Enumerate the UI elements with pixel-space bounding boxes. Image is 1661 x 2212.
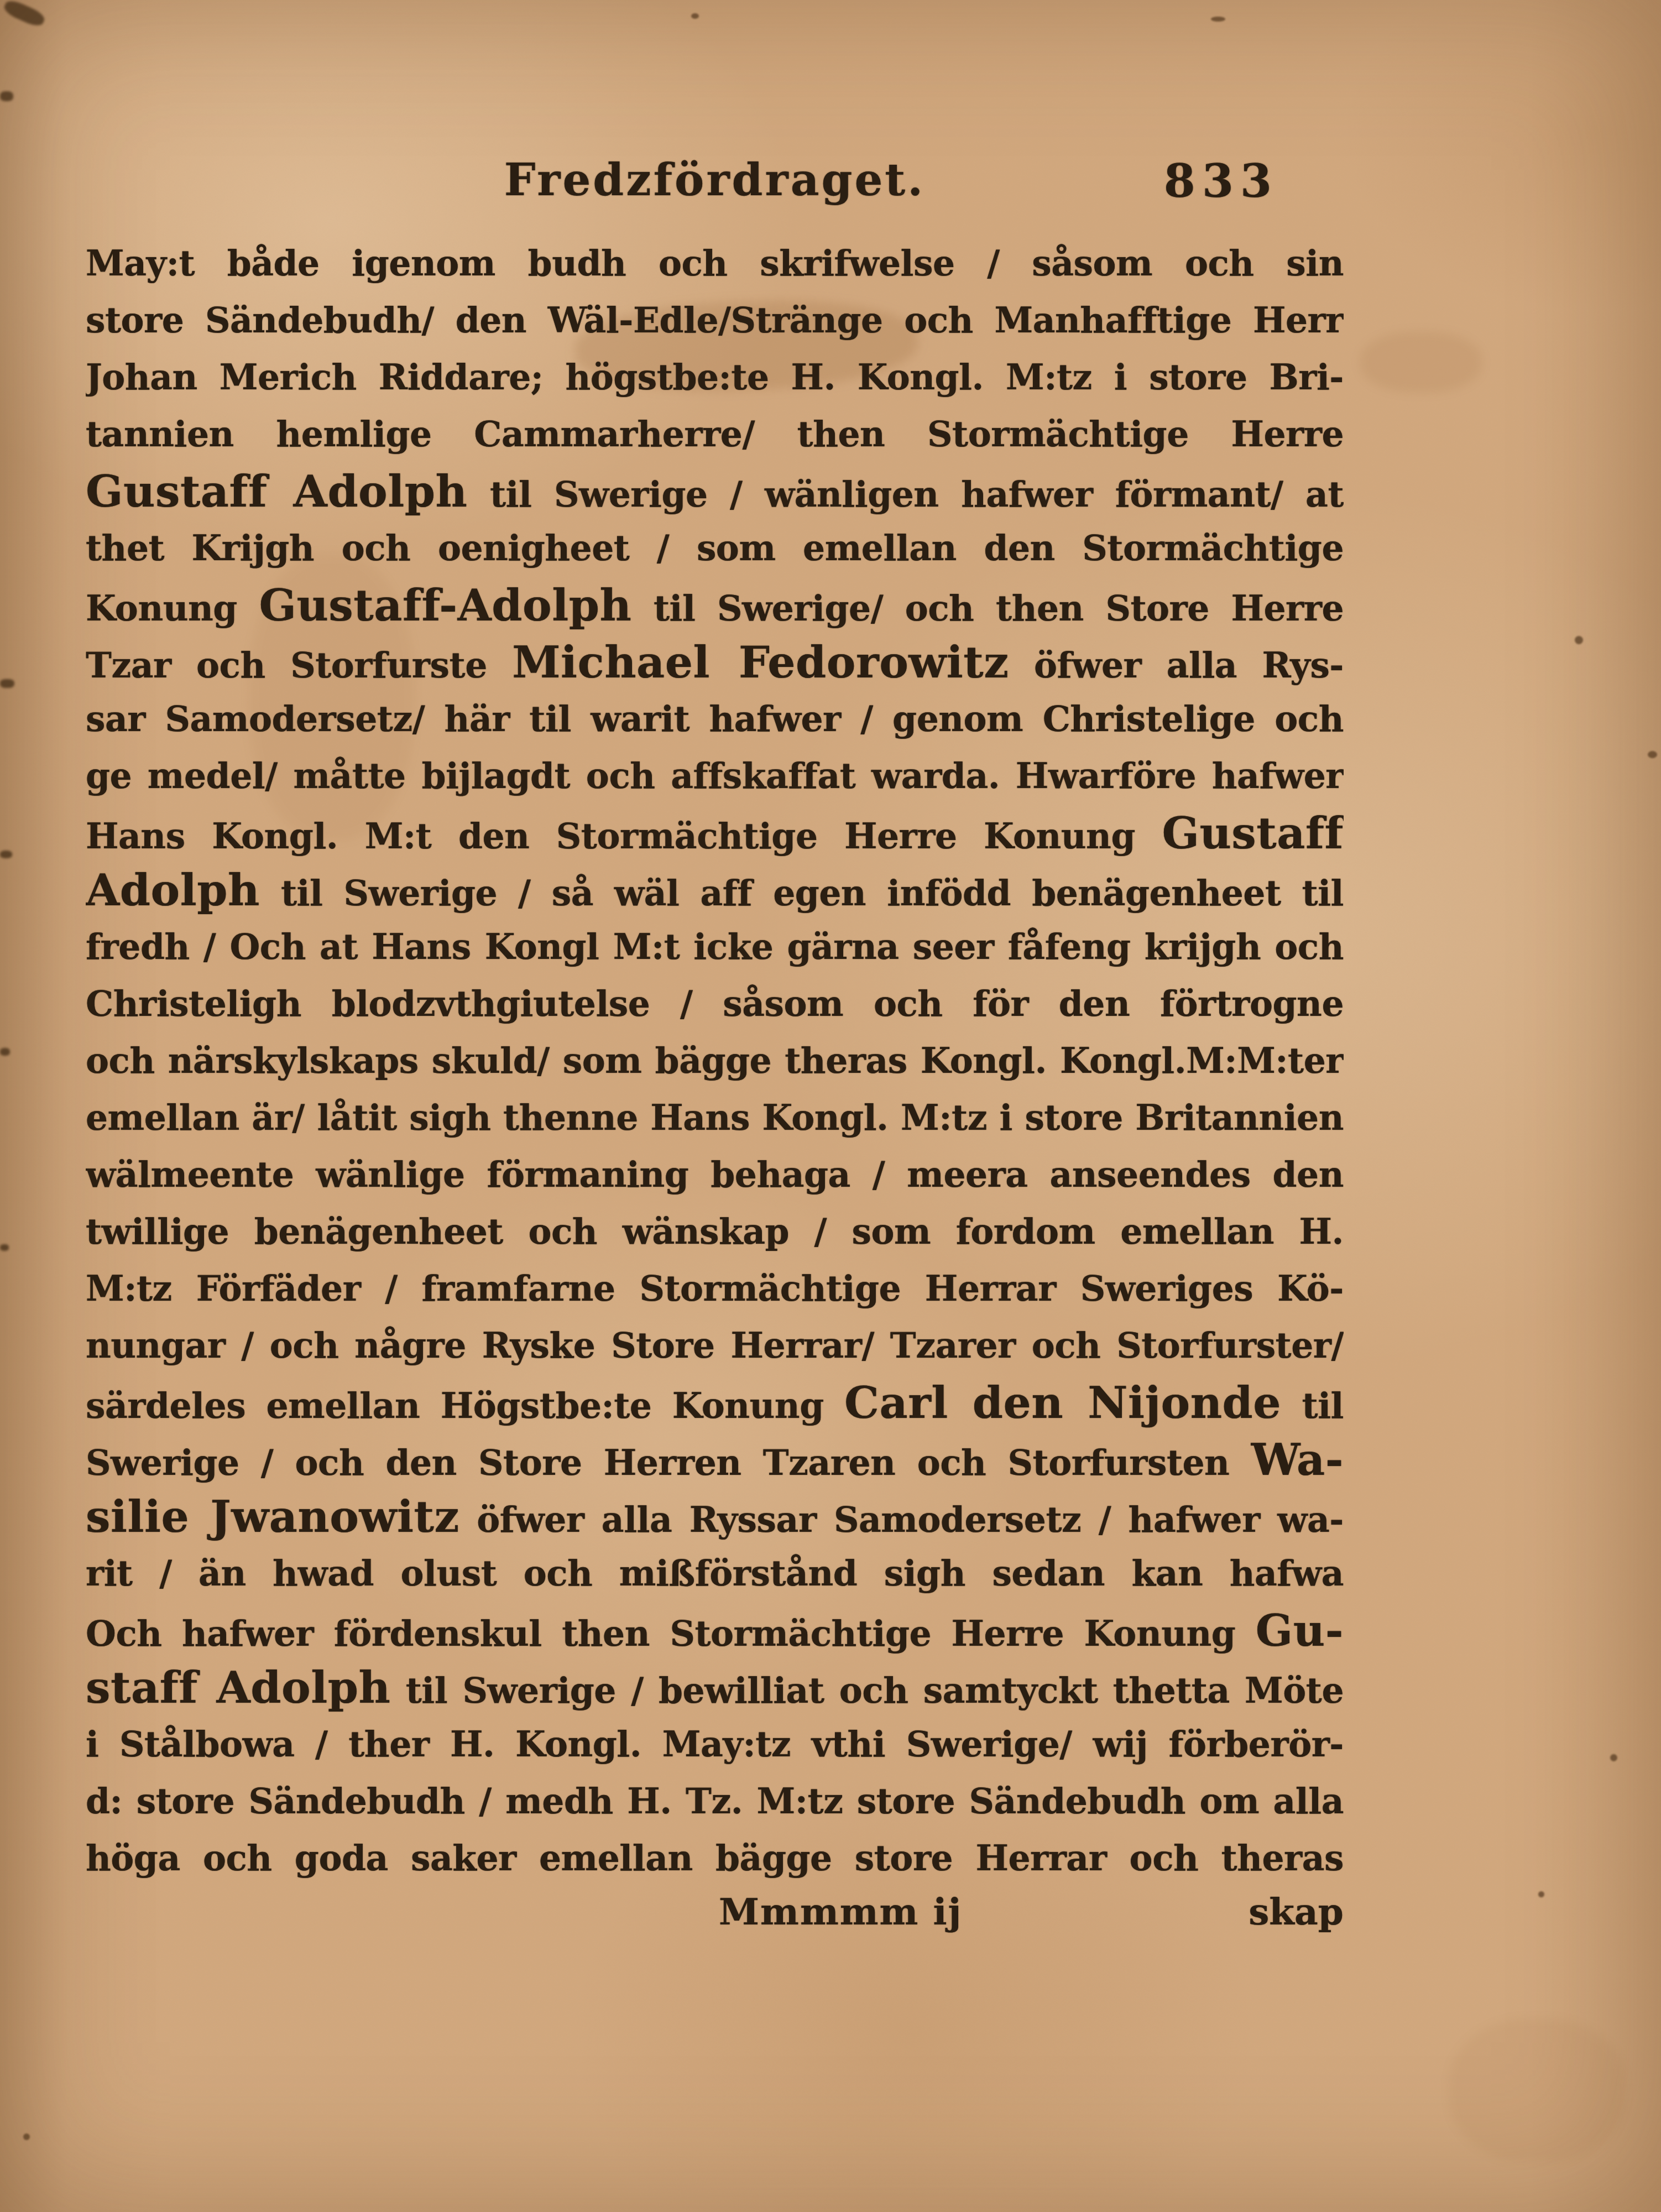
emphasized-name: staff Adolph bbox=[86, 1662, 390, 1713]
text-line: Adolph til Swerige / så wäl aff egen inf… bbox=[86, 862, 1344, 919]
emphasized-name: Adolph bbox=[86, 864, 260, 916]
text-line: Johan Merich Riddare; högstbe:te H. Kong… bbox=[86, 349, 1344, 406]
text-segment: wälmeente wänlige förmaning behaga / mee… bbox=[86, 1154, 1344, 1203]
text-line: och närskylskaps skuld/ som bägge theras… bbox=[86, 1032, 1344, 1089]
text-segment: Tzar och Storfurste bbox=[86, 645, 512, 686]
text-line: silie Jwanowitz öfwer alla Ryssar Samode… bbox=[86, 1488, 1344, 1545]
text-segment: sar Samodersetz/ här til warit hafwer / … bbox=[86, 698, 1344, 748]
text-line: emellan är/ låtit sigh thenne Hans Kongl… bbox=[86, 1089, 1344, 1146]
body-text: May:t både igenom budh och skrifwelse / … bbox=[86, 235, 1344, 1887]
text-segment: til Swerige/ och then Store Herre bbox=[631, 588, 1344, 629]
text-segment: och närskylskaps skuld/ som bägge theras… bbox=[86, 1040, 1344, 1081]
emphasized-name: silie Jwanowitz bbox=[86, 1491, 459, 1542]
text-segment: til bbox=[1281, 1385, 1344, 1426]
text-segment: emellan är/ låtit sigh thenne Hans Kongl… bbox=[86, 1097, 1344, 1138]
text-line: nungar / och någre Ryske Store Herrar/ T… bbox=[86, 1317, 1344, 1374]
text-segment: til Swerige / så wäl aff egen infödd ben… bbox=[260, 873, 1344, 914]
text-segment: höga och goda saker emellan bägge store … bbox=[86, 1838, 1344, 1887]
text-line: Swerige / och den Store Herren Tzaren oc… bbox=[86, 1431, 1344, 1488]
text-segment: nungar / och någre Ryske Store Herrar/ T… bbox=[86, 1325, 1344, 1366]
text-line: thet Krijgh och oenigheet / som emellan … bbox=[86, 520, 1344, 577]
page-footer: Mmmmm ij skap bbox=[86, 1890, 1344, 1957]
text-line: d: store Sändebudh / medh H. Tz. M:tz st… bbox=[86, 1773, 1344, 1830]
text-line: Hans Kongl. M:t den Stormächtige Herre K… bbox=[86, 805, 1344, 862]
text-segment: Christeligh blodzvthgiutelse / såsom och… bbox=[86, 983, 1344, 1032]
text-line: Gustaff Adolph til Swerige / wänligen ha… bbox=[86, 463, 1344, 520]
text-segment: Konung bbox=[86, 588, 259, 629]
text-line: rit / än hwad olust och mißförstånd sigh… bbox=[86, 1545, 1344, 1602]
text-line: i Stålbowa / ther H. Kongl. May:tz vthi … bbox=[86, 1716, 1344, 1773]
text-line: Konung Gustaff-Adolph til Swerige/ och t… bbox=[86, 577, 1344, 634]
emphasized-name: Michael Fedorowitz bbox=[512, 637, 1009, 688]
text-line: store Sändebudh/ den Wäl-Edle/Stränge oc… bbox=[86, 292, 1344, 349]
page-header: Fredzfördraget. 833 bbox=[86, 154, 1344, 226]
text-line: ge medel/ måtte bijlagdt och affskaffat … bbox=[86, 748, 1344, 805]
text-segment: til Swerige / wänligen hafwer förmant/ a… bbox=[468, 474, 1344, 515]
paper-speck bbox=[1648, 751, 1657, 758]
text-segment: Och hafwer fördenskul then Stormächtige … bbox=[86, 1613, 1256, 1654]
text-segment: tannien hemlige Cammarherre/ then Stormä… bbox=[86, 414, 1344, 463]
text-segment: thet Krijgh och oenigheet / som emellan … bbox=[86, 528, 1344, 577]
edge-mark bbox=[0, 91, 13, 101]
emphasized-name: Gustaff Adolph bbox=[86, 466, 468, 517]
paper-speck bbox=[1610, 1754, 1617, 1761]
text-line: tannien hemlige Cammarherre/ then Stormä… bbox=[86, 406, 1344, 463]
text-segment: til Swerige / bewilliat och samtyckt the… bbox=[390, 1670, 1344, 1711]
text-segment: ge medel/ måtte bijlagdt och affskaffat … bbox=[86, 755, 1344, 796]
edge-mark bbox=[0, 1048, 10, 1056]
paper-stain bbox=[1449, 2018, 1626, 2162]
text-line: May:t både igenom budh och skrifwelse / … bbox=[86, 235, 1344, 292]
text-segment: öfwer alla Rys- bbox=[1009, 645, 1344, 686]
text-segment: i Stålbowa / ther H. Kongl. May:tz vthi … bbox=[86, 1724, 1344, 1765]
text-line: Christeligh blodzvthgiutelse / såsom och… bbox=[86, 975, 1344, 1032]
text-segment: May:t både igenom budh och skrifwelse / … bbox=[86, 243, 1344, 292]
text-line: Och hafwer fördenskul then Stormächtige … bbox=[86, 1602, 1344, 1659]
text-line: särdeles emellan Högstbe:te Konung Carl … bbox=[86, 1374, 1344, 1431]
edge-mark bbox=[0, 851, 12, 858]
text-segment: rit / än hwad olust och mißförstånd sigh… bbox=[86, 1553, 1344, 1602]
edge-mark bbox=[0, 679, 14, 688]
text-line: staff Adolph til Swerige / bewilliat och… bbox=[86, 1659, 1344, 1716]
text-segment: fredh / Och at Hans Kongl M:t icke gärna… bbox=[86, 926, 1344, 967]
text-line: sar Samodersetz/ här til warit hafwer / … bbox=[86, 691, 1344, 748]
catchword: skap bbox=[1249, 1890, 1344, 1933]
book-page: Fredzfördraget. 833 May:t både igenom bu… bbox=[0, 0, 1661, 2212]
paper-speck bbox=[1211, 17, 1225, 22]
emphasized-name: Gustaff-Adolph bbox=[259, 580, 631, 631]
signature-mark: Mmmmm ij bbox=[719, 1890, 962, 1933]
emphasized-name: Carl den Nijonde bbox=[844, 1377, 1281, 1428]
text-line: fredh / Och at Hans Kongl M:t icke gärna… bbox=[86, 919, 1344, 975]
text-line: Tzar och Storfurste Michael Fedorowitz ö… bbox=[86, 634, 1344, 691]
text-segment: d: store Sändebudh / medh H. Tz. M:tz st… bbox=[86, 1781, 1344, 1822]
edge-mark bbox=[0, 1244, 9, 1251]
text-segment: Hans Kongl. M:t den Stormächtige Herre K… bbox=[86, 816, 1162, 857]
page-number: 833 bbox=[1164, 155, 1278, 208]
text-segment: twillige benägenheet och wänskap / som f… bbox=[86, 1211, 1344, 1260]
bleed-through-smudge bbox=[1360, 332, 1482, 393]
paper-speck bbox=[691, 13, 699, 19]
paper-speck bbox=[23, 2133, 30, 2140]
text-line: wälmeente wänlige förmaning behaga / mee… bbox=[86, 1146, 1344, 1203]
text-line: twillige benägenheet och wänskap / som f… bbox=[86, 1203, 1344, 1260]
running-title: Fredzfördraget. bbox=[86, 154, 1344, 206]
text-segment: öfwer alla Ryssar Samodersetz / hafwer w… bbox=[459, 1499, 1344, 1540]
emphasized-name: Gu- bbox=[1256, 1605, 1344, 1656]
text-segment: särdeles emellan Högstbe:te Konung bbox=[86, 1385, 844, 1426]
text-segment: store Sändebudh/ den Wäl-Edle/Stränge oc… bbox=[86, 300, 1344, 341]
emphasized-name: Wa- bbox=[1251, 1434, 1344, 1485]
text-segment: Johan Merich Riddare; högstbe:te H. Kong… bbox=[86, 357, 1344, 398]
text-segment: Swerige / och den Store Herren Tzaren oc… bbox=[86, 1442, 1251, 1483]
paper-speck bbox=[1575, 636, 1583, 644]
text-segment: M:tz Förfäder / framfarne Stormächtige H… bbox=[86, 1268, 1344, 1309]
paper-speck bbox=[1538, 1891, 1544, 1897]
emphasized-name: Gustaff bbox=[1162, 807, 1344, 859]
edge-mark bbox=[2, 0, 47, 29]
text-line: M:tz Förfäder / framfarne Stormächtige H… bbox=[86, 1260, 1344, 1317]
text-line: höga och goda saker emellan bägge store … bbox=[86, 1830, 1344, 1887]
